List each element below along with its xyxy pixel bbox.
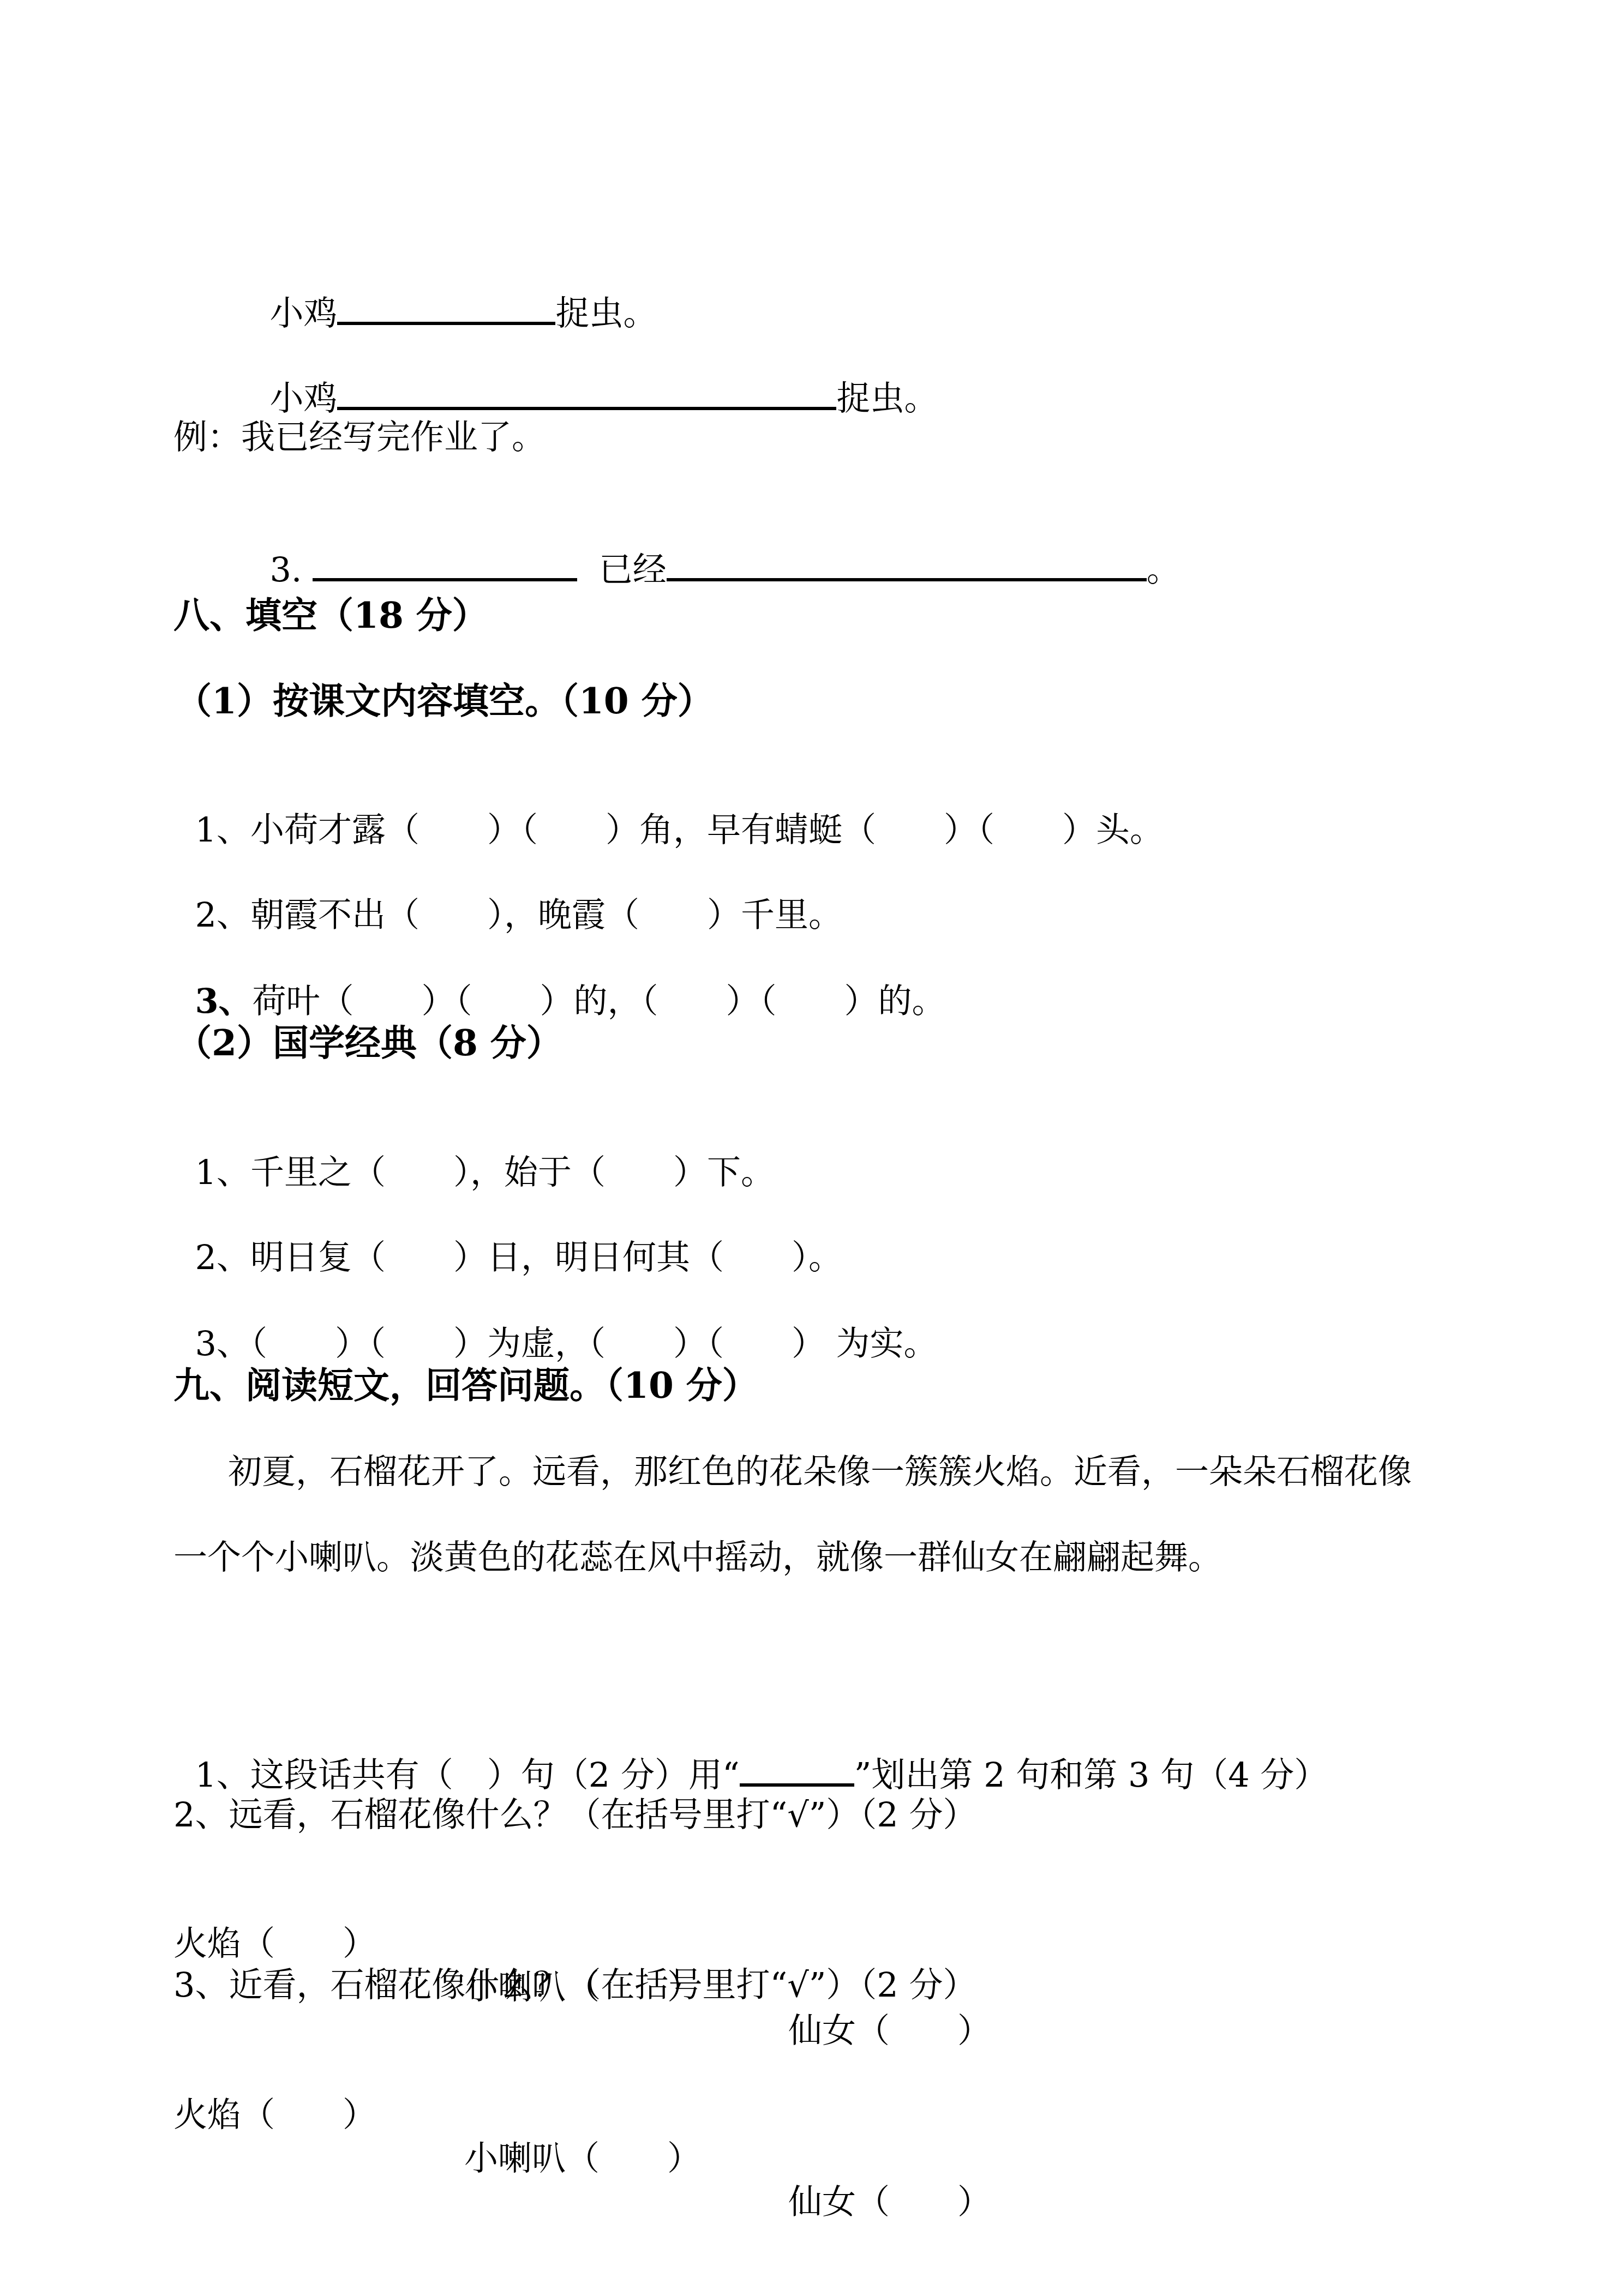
- item-number: 2、: [195, 895, 250, 935]
- q2-options: 火焰（ ） 小喇叭（ ） 仙女（ ）: [173, 1878, 195, 1922]
- sentence-line-2: 小鸡捉虫。: [248, 330, 938, 374]
- answer-blank[interactable]: [337, 289, 555, 325]
- q3-end: 。: [1147, 550, 1180, 590]
- item-number: 1、: [195, 810, 250, 850]
- item-text: 千里之（ ），始于（ ）下。: [250, 1152, 775, 1192]
- q3-middle: 已经: [599, 550, 667, 590]
- item-number: 2、: [195, 1237, 250, 1277]
- item-text: 小荷才露（ ）（ ）角，早有蜻蜓（ ）（ ）头。: [250, 810, 1164, 850]
- answer-blank[interactable]: [667, 545, 1147, 581]
- reading-passage: 初夏，石榴花开了。远看，那红色的花朵像一簇簇火焰。近看，一朵朵石榴花像一个个小喇…: [173, 1429, 1428, 1600]
- q3-options: 火焰（ ） 小喇叭（ ） 仙女（ ）: [173, 2049, 195, 2093]
- option-flame[interactable]: 火焰（ ）: [173, 1922, 376, 1966]
- line2-suffix: 捉虫。: [836, 378, 938, 418]
- reading-question-1: 1、这段话共有（ ）句（2 分）用“”划出第 2 句和第 3 句（4 分）: [173, 1707, 1328, 1751]
- answer-blank[interactable]: [313, 545, 577, 581]
- line1-suffix: 捉虫。: [555, 293, 657, 333]
- fill-item-2: 2、朝霞不出（ ），晚霞（ ）千里。: [173, 850, 842, 893]
- fill-item-3: 3、荷叶（ ）（ ）的，（ ）（ ）的。: [173, 936, 946, 979]
- line1-prefix: 小鸡: [269, 293, 337, 333]
- question-3-line: 3. 已经。: [248, 502, 1180, 545]
- option-fairy[interactable]: 仙女（ ）: [788, 2009, 991, 2053]
- q1-before: 1、这段话共有（ ）句（2 分）用“: [195, 1755, 739, 1795]
- example-sentence: 例：我已经写完作业了。: [173, 416, 546, 459]
- classic-item-3: 3、（ ）（ ）为虚，（ ）（ ） 为实。: [173, 1278, 938, 1322]
- q3-number: 3.: [269, 550, 302, 590]
- item-number: 3、: [195, 1324, 250, 1363]
- item-text: 朝霞不出（ ），晚霞（ ）千里。: [250, 895, 842, 935]
- reading-question-3: 3、近看，石榴花像什么？（在括号里打“√”）（2 分）: [173, 1963, 977, 2007]
- section-8-title: 八、填空（18 分）: [173, 593, 488, 637]
- item-text: 荷叶（ ）（ ）的，（ ）（ ）的。: [253, 981, 946, 1021]
- part-1-title: （1）按课文内容填空。（10 分）: [176, 679, 714, 723]
- item-number: 1、: [195, 1152, 250, 1192]
- underline-sample: [740, 1751, 854, 1787]
- classic-item-2: 2、明日复（ ）日，明日何其（ ）。: [173, 1192, 842, 1236]
- fill-item-1: 1、小荷才露（ ）（ ）角，早有蜻蜓（ ）（ ）头。: [173, 765, 1164, 808]
- reading-question-2: 2、远看，石榴花像什么？（在括号里打“√”）（2 分）: [173, 1793, 977, 1837]
- option-fairy[interactable]: 仙女（ ）: [788, 2180, 991, 2224]
- item-text: 明日复（ ）日，明日何其（ ）。: [250, 1237, 842, 1277]
- sentence-line-1: 小鸡捉虫。: [248, 245, 657, 289]
- item-text: （ ）（ ）为虚，（ ）（ ） 为实。: [250, 1324, 938, 1363]
- q1-after: ”划出第 2 句和第 3 句（4 分）: [854, 1755, 1328, 1795]
- option-trumpet[interactable]: 小喇叭（ ）: [464, 2137, 701, 2180]
- classic-item-1: 1、千里之（ ），始于（ ）下。: [173, 1107, 775, 1151]
- line2-prefix: 小鸡: [269, 378, 337, 418]
- item-number: 3、: [195, 981, 252, 1021]
- option-flame[interactable]: 火焰（ ）: [173, 2093, 376, 2137]
- section-9-title: 九、阅读短文，回答问题。（10 分）: [173, 1363, 758, 1407]
- part-2-title: （2）国学经典（8 分）: [176, 1021, 562, 1065]
- answer-blank[interactable]: [337, 374, 836, 410]
